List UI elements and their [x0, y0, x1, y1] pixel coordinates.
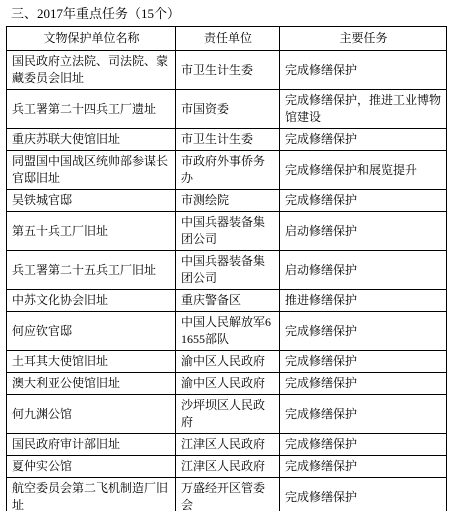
table-row: 第五十兵工厂旧址 中国兵器装备集团公司 启动修缮保护: [7, 212, 447, 251]
unit-name-cell: 国民政府审计部旧址: [7, 434, 176, 456]
main-task-cell: 完成修缮保护: [280, 51, 447, 90]
table-row: 土耳其大使馆旧址 渝中区人民政府 完成修缮保护: [7, 351, 447, 373]
responsible-unit-cell: 中国人民解放军61655部队: [176, 312, 280, 351]
unit-name-cell: 土耳其大使馆旧址: [7, 351, 176, 373]
responsible-unit-cell: 万盛经开区管委会: [176, 478, 280, 511]
table-row: 国民政府审计部旧址 江津区人民政府 完成修缮保护: [7, 434, 447, 456]
table-row: 何九渊公馆 沙坪坝区人民政府 完成修缮保护: [7, 395, 447, 434]
unit-name-cell: 兵工署第二十四兵工厂遗址: [7, 90, 176, 129]
main-task-cell: 完成修缮保护: [280, 434, 447, 456]
main-task-cell: 完成修缮保护: [280, 373, 447, 395]
main-task-cell: 推进修缮保护: [280, 290, 447, 312]
key-tasks-table: 文物保护单位名称 责任单位 主要任务 国民政府立法院、司法院、蒙藏委员会旧址 市…: [6, 26, 447, 511]
unit-name-cell: 同盟国中国战区统帅部参谋长官邸旧址: [7, 151, 176, 190]
main-task-cell: 完成修缮保护: [280, 190, 447, 212]
responsible-unit-cell: 渝中区人民政府: [176, 351, 280, 373]
responsible-unit-cell: 市测绘院: [176, 190, 280, 212]
table-row: 重庆苏联大使馆旧址 市卫生计生委 完成修缮保护: [7, 129, 447, 151]
responsible-unit-cell: 中国兵器装备集团公司: [176, 251, 280, 290]
table-row: 吴铁城官邸 市测绘院 完成修缮保护: [7, 190, 447, 212]
responsible-unit-cell: 沙坪坝区人民政府: [176, 395, 280, 434]
main-task-cell: 完成修缮保护，推进工业博物馆建设: [280, 90, 447, 129]
header-responsible-unit: 责任单位: [176, 27, 280, 51]
unit-name-cell: 夏仲实公馆: [7, 456, 176, 478]
unit-name-cell: 航空委员会第二飞机制造厂旧址: [7, 478, 176, 511]
unit-name-cell: 国民政府立法院、司法院、蒙藏委员会旧址: [7, 51, 176, 90]
responsible-unit-cell: 市政府外事侨务办: [176, 151, 280, 190]
unit-name-cell: 第五十兵工厂旧址: [7, 212, 176, 251]
responsible-unit-cell: 江津区人民政府: [176, 434, 280, 456]
main-task-cell: 完成修缮保护: [280, 129, 447, 151]
table-header-row: 文物保护单位名称 责任单位 主要任务: [7, 27, 447, 51]
table-row: 中苏文化协会旧址 重庆警备区 推进修缮保护: [7, 290, 447, 312]
responsible-unit-cell: 渝中区人民政府: [176, 373, 280, 395]
unit-name-cell: 兵工署第二十五兵工厂旧址: [7, 251, 176, 290]
main-task-cell: 完成修缮保护: [280, 312, 447, 351]
main-task-cell: 启动修缮保护: [280, 212, 447, 251]
table-row: 同盟国中国战区统帅部参谋长官邸旧址 市政府外事侨务办 完成修缮保护和展览提升: [7, 151, 447, 190]
table-row: 兵工署第二十五兵工厂旧址 中国兵器装备集团公司 启动修缮保护: [7, 251, 447, 290]
main-task-cell: 完成修缮保护: [280, 456, 447, 478]
table-row: 航空委员会第二飞机制造厂旧址 万盛经开区管委会 完成修缮保护: [7, 478, 447, 511]
responsible-unit-cell: 市国资委: [176, 90, 280, 129]
responsible-unit-cell: 重庆警备区: [176, 290, 280, 312]
table-row: 澳大利亚公使馆旧址 渝中区人民政府 完成修缮保护: [7, 373, 447, 395]
main-task-cell: 启动修缮保护: [280, 251, 447, 290]
responsible-unit-cell: 江津区人民政府: [176, 456, 280, 478]
main-task-cell: 完成修缮保护和展览提升: [280, 151, 447, 190]
section-title: 三、2017年重点任务（15个）: [11, 6, 446, 21]
table-body: 国民政府立法院、司法院、蒙藏委员会旧址 市卫生计生委 完成修缮保护 兵工署第二十…: [7, 51, 447, 511]
main-task-cell: 完成修缮保护: [280, 351, 447, 373]
main-task-cell: 完成修缮保护: [280, 478, 447, 511]
responsible-unit-cell: 中国兵器装备集团公司: [176, 212, 280, 251]
unit-name-cell: 何九渊公馆: [7, 395, 176, 434]
table-row: 何应钦官邸 中国人民解放军61655部队 完成修缮保护: [7, 312, 447, 351]
unit-name-cell: 何应钦官邸: [7, 312, 176, 351]
table-row: 兵工署第二十四兵工厂遗址 市国资委 完成修缮保护，推进工业博物馆建设: [7, 90, 447, 129]
main-task-cell: 完成修缮保护: [280, 395, 447, 434]
unit-name-cell: 中苏文化协会旧址: [7, 290, 176, 312]
table-row: 夏仲实公馆 江津区人民政府 完成修缮保护: [7, 456, 447, 478]
header-unit-name: 文物保护单位名称: [7, 27, 176, 51]
responsible-unit-cell: 市卫生计生委: [176, 129, 280, 151]
document-page: 三、2017年重点任务（15个） 文物保护单位名称 责任单位 主要任务 国民政府…: [0, 0, 452, 511]
unit-name-cell: 吴铁城官邸: [7, 190, 176, 212]
unit-name-cell: 澳大利亚公使馆旧址: [7, 373, 176, 395]
table-row: 国民政府立法院、司法院、蒙藏委员会旧址 市卫生计生委 完成修缮保护: [7, 51, 447, 90]
unit-name-cell: 重庆苏联大使馆旧址: [7, 129, 176, 151]
header-main-task: 主要任务: [280, 27, 447, 51]
responsible-unit-cell: 市卫生计生委: [176, 51, 280, 90]
